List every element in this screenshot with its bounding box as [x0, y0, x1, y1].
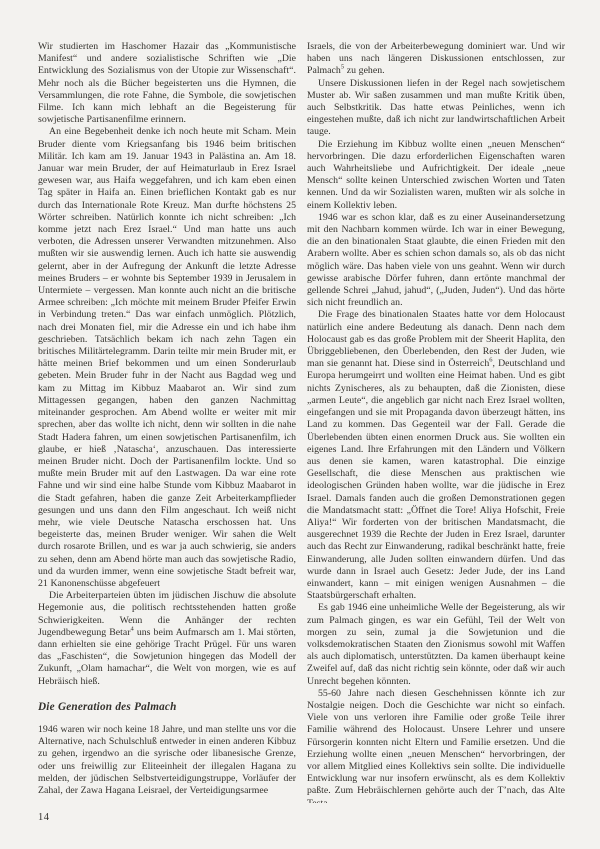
paragraph: Die Frage des binationalen Staates hatte…	[307, 309, 565, 602]
section-heading: Die Generation des Palmach	[38, 701, 296, 713]
left-column: Wir studierten im Haschomer Hazair das „…	[38, 41, 296, 803]
paragraph: 1946 war es schon klar, daß es zu einer …	[307, 212, 565, 310]
paragraph: An eine Begebenheit denke ich noch heute…	[38, 126, 296, 590]
paragraph: Die Erziehung im Kibbuz wollte einen „ne…	[307, 139, 565, 212]
paragraph: Unsere Diskussionen liefen in der Regel …	[307, 78, 565, 139]
footnote-marker: 5	[341, 64, 344, 71]
paragraph: Es gab 1946 eine unheimliche Welle der B…	[307, 602, 565, 687]
paragraph: 1946 waren wir noch keine 18 Jahre, und …	[38, 724, 296, 797]
paragraph: 55-60 Jahre nach diesen Geschehnissen kö…	[307, 688, 565, 803]
right-column: Israels, die von der Arbeiterbewegung do…	[307, 41, 565, 803]
footnote-marker: 6	[489, 357, 492, 364]
footnote-marker: 4	[131, 625, 134, 632]
book-page: Wir studierten im Haschomer Hazair das „…	[0, 0, 600, 849]
text-area: Wir studierten im Haschomer Hazair das „…	[38, 41, 566, 803]
paragraph: Die Arbeiterparteien übten im jüdischen …	[38, 590, 296, 688]
paragraph: Israels, die von der Arbeiterbewegung do…	[307, 41, 565, 78]
paragraph: Wir studierten im Haschomer Hazair das „…	[38, 41, 296, 126]
page-number: 14	[38, 812, 50, 823]
